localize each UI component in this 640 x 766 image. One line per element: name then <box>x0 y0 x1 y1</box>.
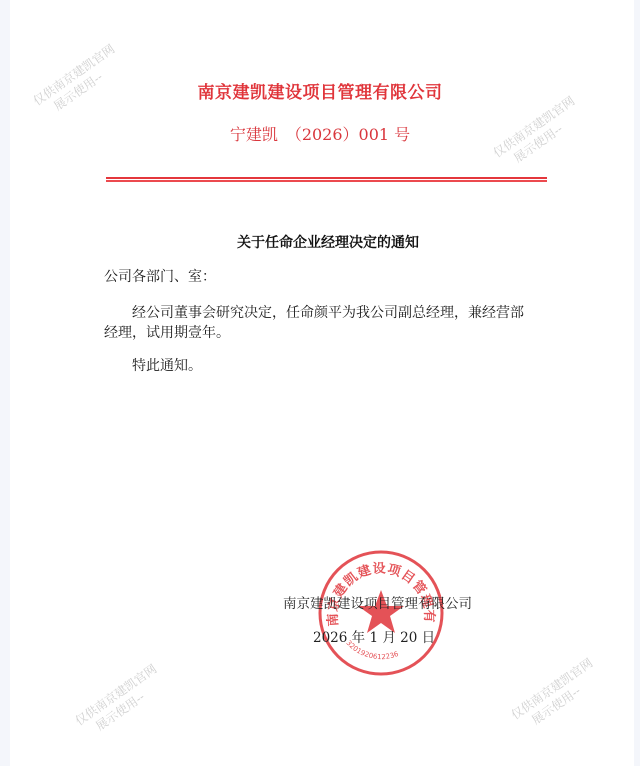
rule-line-top <box>106 177 547 179</box>
body-paragraph-line-2: 经理，试用期壹年。 <box>104 322 230 342</box>
signature-date: 2026 年 1 月 20 日 <box>313 626 435 646</box>
company-seal-icon: 南京建凯建设项目管理有限公司 3201920612236 <box>316 548 446 678</box>
body-paragraph-line-1: 经公司董事会研究决定，任命颜平为我公司副总经理，兼经营部 <box>132 302 524 322</box>
signature-company: 南京建凯建设项目管理有限公司 <box>283 592 472 612</box>
company-header: 南京建凯建设项目管理有限公司 <box>0 78 640 103</box>
closing-line: 特此通知。 <box>132 355 202 375</box>
salutation: 公司各部门、室： <box>104 266 216 286</box>
notice-title: 关于任命企业经理决定的通知 <box>0 232 640 252</box>
rule-line-bottom <box>106 180 547 182</box>
red-header-rule <box>106 177 547 182</box>
document-number: 宁建凯 （2026）001 号 <box>0 122 640 145</box>
